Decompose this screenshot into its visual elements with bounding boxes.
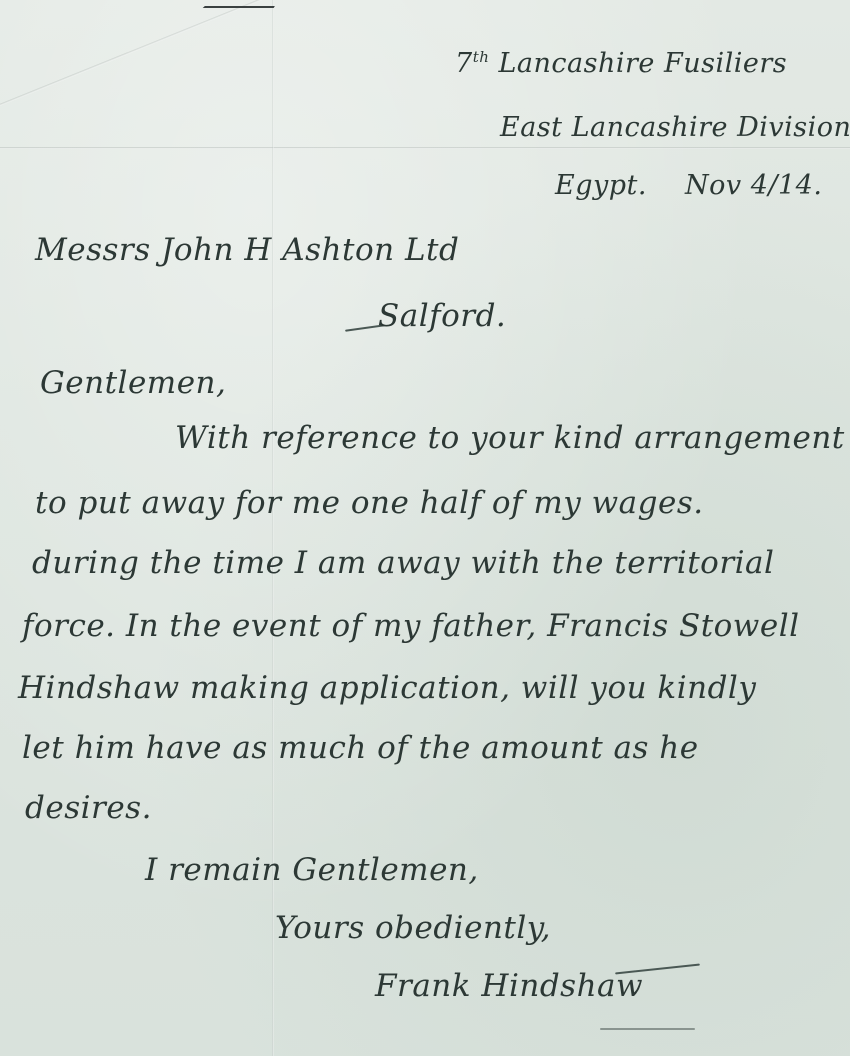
header-date: Nov 4/14. [685,170,822,201]
header-unit: 7th Lancashire Fusiliers [455,48,787,79]
unit-number: 7 [455,48,473,79]
letter-page: 7th Lancashire Fusiliers East Lancashire… [0,0,850,1056]
body-line-6: let him have as much of the amount as he [22,730,699,766]
header-place: Egypt. [555,170,647,201]
addressee-city: Salford. [378,298,506,334]
body-line-5: Hindshaw making application, will you ki… [18,670,756,706]
salutation: Gentlemen, [40,365,226,401]
body-line-2: to put away for me one half of my wages. [35,485,704,521]
header-division: East Lancashire Division [500,112,850,143]
signature-underline [600,1028,695,1030]
unit-suffix: th [473,48,490,66]
body-line-3: during the time I am away with the terri… [32,545,774,581]
diagonal-crease [0,0,480,122]
closing-line-2: Yours obediently, [275,910,551,946]
body-line-7: desires. [25,790,152,826]
closing-line-1: I remain Gentlemen, [145,852,479,888]
vertical-fold-crease [272,0,274,1056]
torn-edge [203,0,279,8]
addressee-name: Messrs John H Ashton Ltd [35,232,459,268]
body-line-1: With reference to your kind arrangement [175,420,845,456]
horizontal-fold-crease [0,147,850,149]
unit-name: Lancashire Fusiliers [498,48,787,79]
body-line-4: force. In the event of my father, Franci… [22,608,800,644]
signature: Frank Hindshaw [375,968,643,1004]
